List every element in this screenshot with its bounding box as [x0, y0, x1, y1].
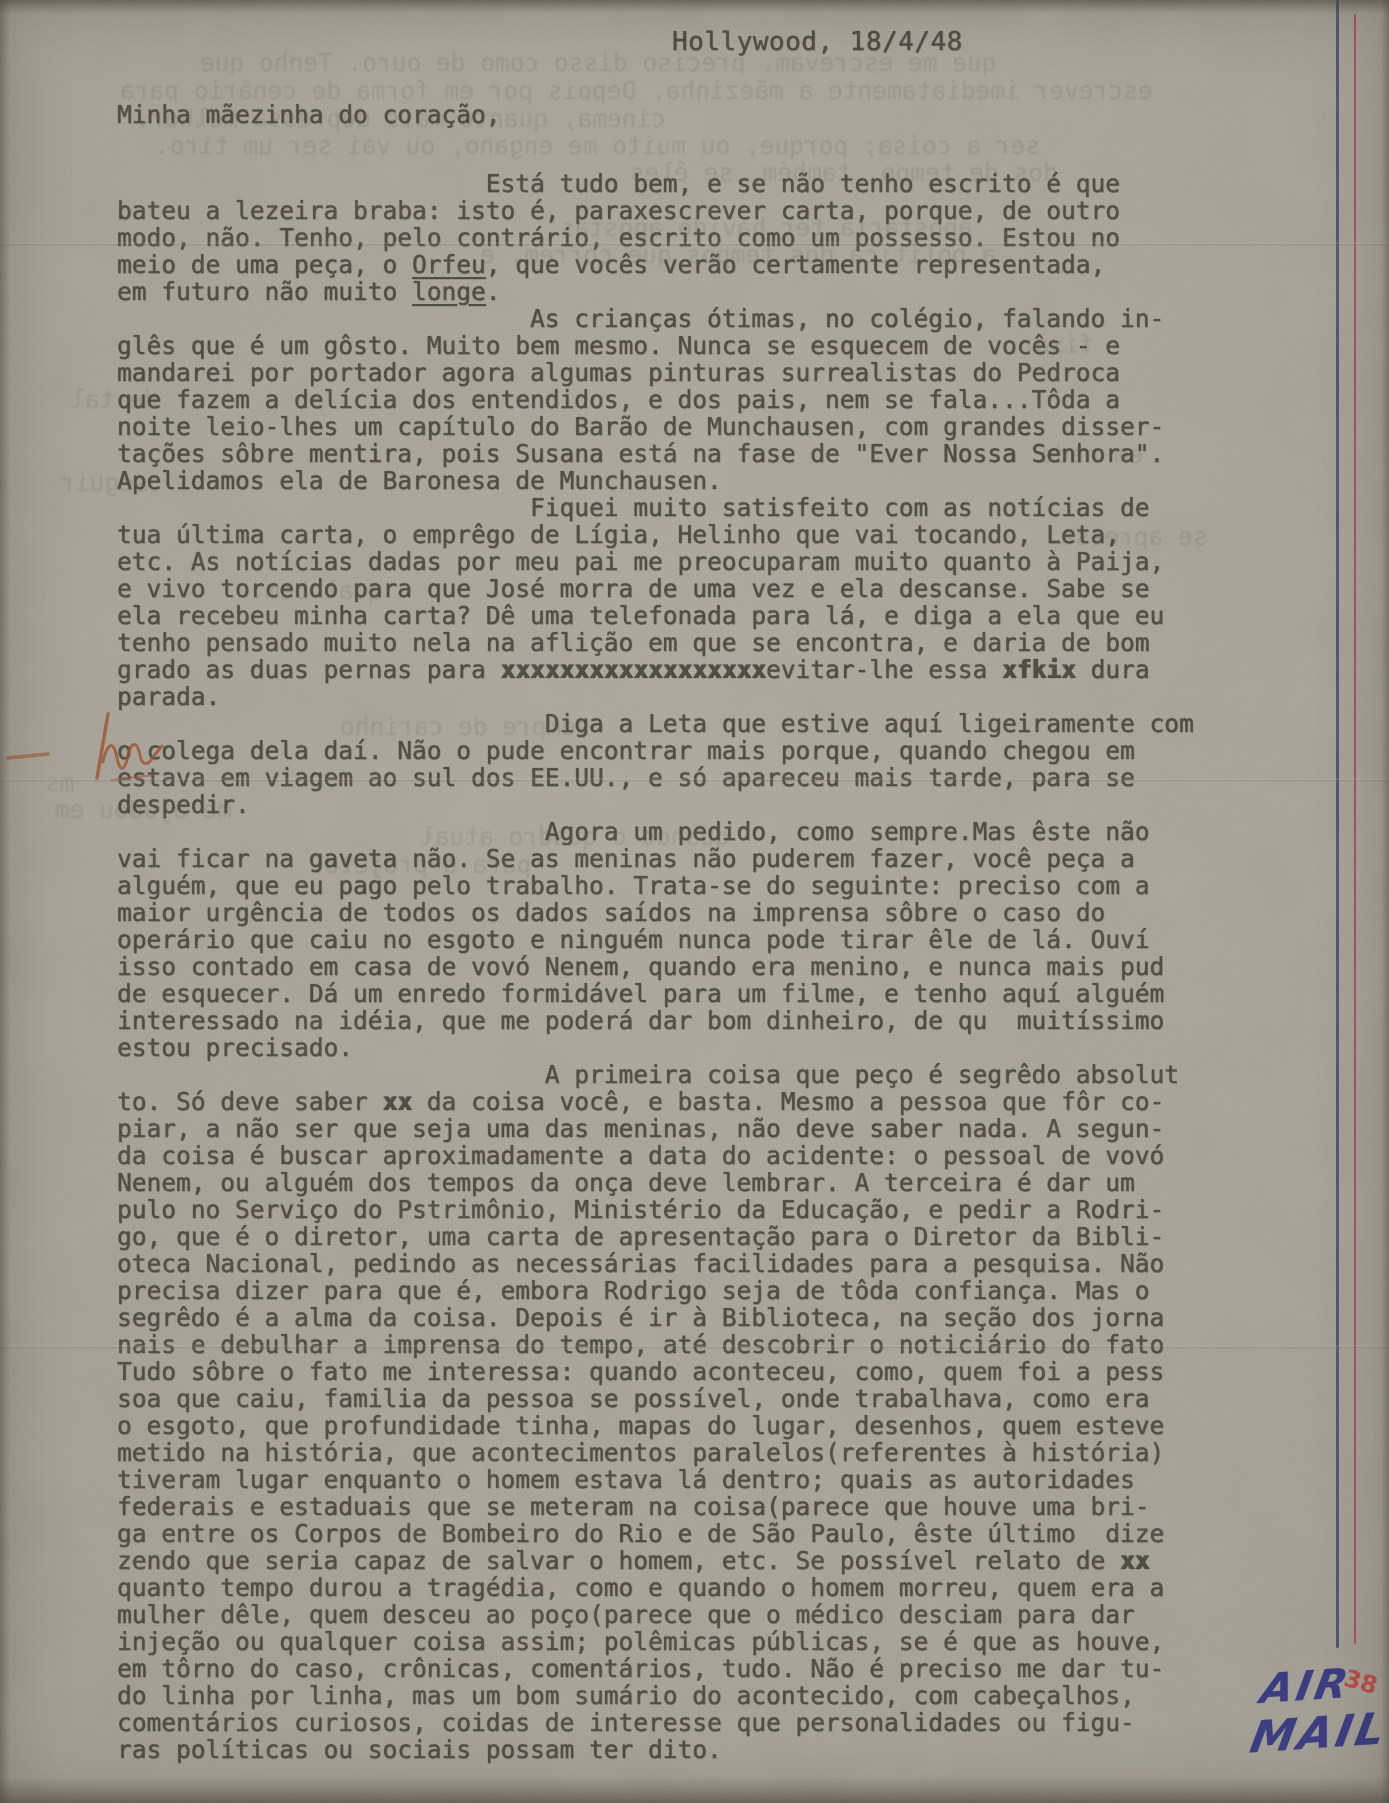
letter-line: isso contado em casa de vovó Nenem, quan…: [117, 953, 1297, 980]
letter-line: Diga a Leta que estive aquí ligeiramente…: [117, 710, 1297, 737]
letter-line: despedir.: [117, 791, 1297, 818]
letter-line: da coisa é buscar aproximadamente a data…: [117, 1142, 1297, 1169]
letter-line: operário que caiu no esgoto e ninguém nu…: [117, 926, 1297, 953]
letter-line: segrêdo é a alma da coisa. Depois é ir à…: [117, 1304, 1297, 1331]
letter-line: de esquecer. Dá um enredo formidável par…: [117, 980, 1297, 1007]
letter-line: estava em viagem ao sul dos EE.UU., e só…: [117, 764, 1297, 791]
letter-line: tua última carta, o emprêgo de Lígia, He…: [117, 521, 1297, 548]
letter-line: etc. As notícias dadas por meu pai me pr…: [117, 548, 1297, 575]
letter-line: tações sôbre mentira, pois Susana está n…: [117, 440, 1297, 467]
edge-shadow-left: [0, 0, 10, 1803]
red-margin-line: [1354, 14, 1356, 1644]
letter-line: A primeira coisa que peço é segrêdo abso…: [117, 1061, 1297, 1088]
letter-line: pulo no Serviço do Pstrimônio, Ministéri…: [117, 1196, 1297, 1223]
letter-line: glês que é um gôsto. Muito bem mesmo. Nu…: [117, 332, 1297, 359]
letter-line: nais e debulhar a imprensa do tempo, até…: [117, 1331, 1297, 1358]
letter-page: que me escrevam. preciso disso como de o…: [0, 0, 1389, 1803]
letter-line: parada.: [117, 683, 1297, 710]
letter-line: que fazem a delícia dos entendidos, e do…: [117, 386, 1297, 413]
letter-line: Nenem, ou alguém dos tempos da onça deve…: [117, 1169, 1297, 1196]
letter-line: Está tudo bem, e se não tenho escrito é …: [117, 170, 1297, 197]
letter-line: meio de uma peça, o Orfeu, que vocês ver…: [117, 251, 1297, 278]
letter-line: estou precisado.: [117, 1034, 1297, 1061]
edge-shadow-top: [0, 0, 1389, 14]
letter-paragraph: Está tudo bem, e se não tenho escrito é …: [117, 170, 1297, 305]
letter-line: Fiquei muito satisfeito com as notícias …: [117, 494, 1297, 521]
letter-line: injeção ou qualquer coisa assim; polêmic…: [117, 1628, 1297, 1655]
edge-shadow-bottom: [0, 1777, 1389, 1803]
letter-line: mandarei por portador agora algumas pint…: [117, 359, 1297, 386]
letter-line: to. Só deve saber xx da coisa você, e ba…: [117, 1088, 1297, 1115]
letter-line: ga entre os Corpos de Bombeiro do Rio e …: [117, 1520, 1297, 1547]
letter-line: go, que é o diretor, uma carta de aprese…: [117, 1223, 1297, 1250]
letter-line: modo, não. Tenho, pelo contrário, escrit…: [117, 224, 1297, 251]
letter-line: do linha por linha, mas um bom sumário d…: [117, 1682, 1297, 1709]
letter-line: metido na história, que acontecimentos p…: [117, 1439, 1297, 1466]
letter-line: tiveram lugar enquanto o homem estava lá…: [117, 1466, 1297, 1493]
letter-line: zendo que seria capaz de salvar o homem,…: [117, 1547, 1297, 1574]
letter-line: Agora um pedido, como sempre.Mas êste nã…: [117, 818, 1297, 845]
letter-line: o esgoto, que profundidade tinha, mapas …: [117, 1412, 1297, 1439]
letter-paragraph: Diga a Leta que estive aquí ligeiramente…: [117, 710, 1297, 818]
letter-line: As crianças ótimas, no colégio, falando …: [117, 305, 1297, 332]
letter-line: tenho pensado muito nela na aflição em q…: [117, 629, 1297, 656]
rust-scribble-mark: [0, 700, 170, 800]
letter-line: oteca Nacional, pedindo as necessárias f…: [117, 1250, 1297, 1277]
letter-line: interessado na idéia, que me poderá dar …: [117, 1007, 1297, 1034]
letter-line: vai ficar na gaveta não. Se as meninas n…: [117, 845, 1297, 872]
letter-line: maior urgência de todos os dados saídos …: [117, 899, 1297, 926]
letter-body: Está tudo bem, e se não tenho escrito é …: [117, 170, 1297, 1763]
navy-margin-line: [1336, 0, 1339, 1648]
letter-paragraph: Agora um pedido, como sempre.Mas êste nã…: [117, 818, 1297, 1061]
letter-line: Apelidamos ela de Baronesa de Munchausen…: [117, 467, 1297, 494]
letter-line: alguém, que eu pago pelo trabalho. Trata…: [117, 872, 1297, 899]
letter-line: piar, a não ser que seja uma das meninas…: [117, 1115, 1297, 1142]
air-mail-annotation-line2: MAIL: [1246, 1703, 1389, 1763]
letter-salutation: Minha mãezinha do coração,: [117, 100, 501, 129]
letter-line: soa que caiu, familia da pessoa se possí…: [117, 1385, 1297, 1412]
letter-line: grado as duas pernas para xxxxxxxxxxxxxx…: [117, 656, 1297, 683]
letter-paragraph: As crianças ótimas, no colégio, falando …: [117, 305, 1297, 494]
letter-line: em futuro não muito longe.: [117, 278, 1297, 305]
letter-line: bateu a lezeira braba: isto é, paraxescr…: [117, 197, 1297, 224]
letter-line: em tôrno do caso, crônicas, comentários,…: [117, 1655, 1297, 1682]
letter-line: precisa dizer para que é, embora Rodrigo…: [117, 1277, 1297, 1304]
letter-paragraph: A primeira coisa que peço é segrêdo abso…: [117, 1061, 1297, 1763]
letter-line: comentários curiosos, coidas de interess…: [117, 1709, 1297, 1736]
letter-line: federais e estaduais que se meteram na c…: [117, 1493, 1297, 1520]
letter-date: Hollywood, 18/4/48: [672, 27, 963, 57]
letter-line: Tudo sôbre o fato me interessa: quando a…: [117, 1358, 1297, 1385]
edge-shadow-right: [1381, 0, 1389, 1803]
letter-line: ela recebeu minha carta? Dê uma telefona…: [117, 602, 1297, 629]
bleedthrough-ghost-line: ser a coisa; porque, ou muito me engano,…: [155, 131, 1040, 160]
letter-line: noite leio-lhes um capítulo do Barão de …: [117, 413, 1297, 440]
letter-line: quanto tempo durou a tragédia, como e qu…: [117, 1574, 1297, 1601]
letter-line: o colega dela daí. Não o pude encontrar …: [117, 737, 1297, 764]
letter-paragraph: Fiquei muito satisfeito com as notícias …: [117, 494, 1297, 710]
letter-line: e vivo torcendo para que José morra de u…: [117, 575, 1297, 602]
letter-line: ras políticas ou sociais possam ter dito…: [117, 1736, 1297, 1763]
letter-line: mulher dêle, quem desceu ao poço(parece …: [117, 1601, 1297, 1628]
air-mail-annotation-line1: AIR: [1257, 1659, 1354, 1713]
